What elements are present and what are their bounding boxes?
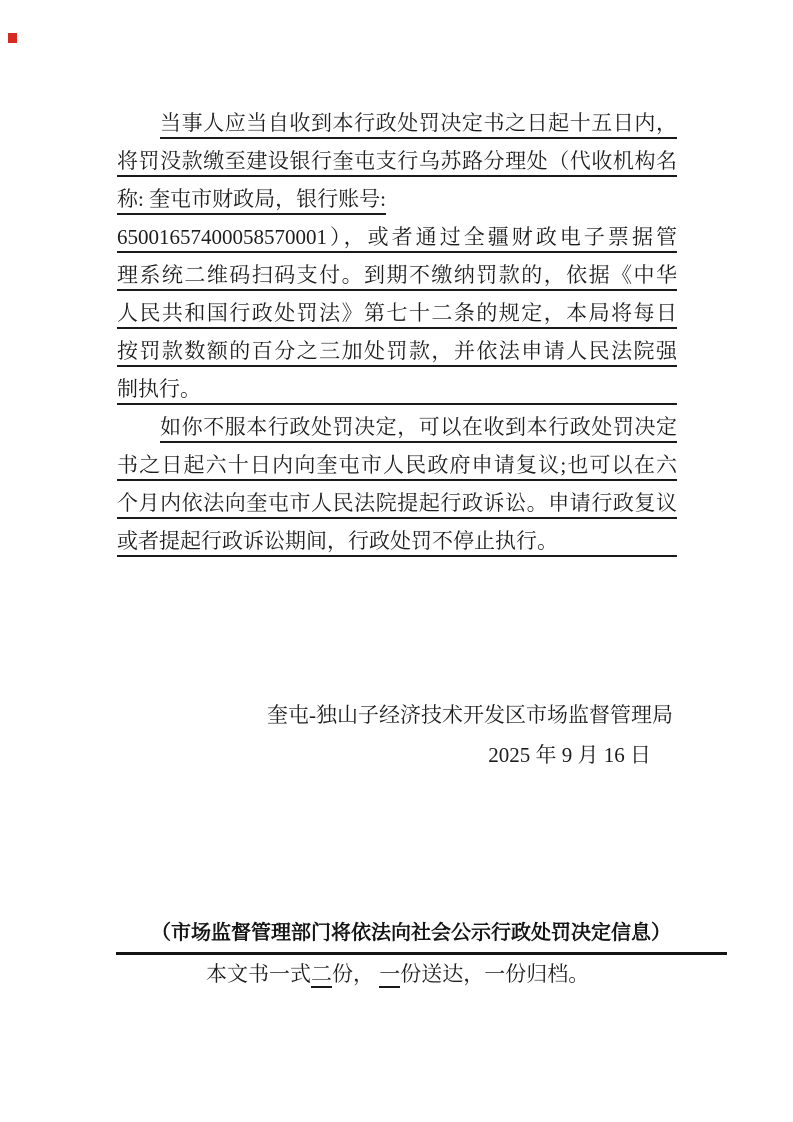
footer-divider bbox=[116, 952, 727, 955]
document-line: 人民共和国行政处罚法》第七十二条的规定，本局将每日 bbox=[117, 300, 677, 338]
document-line: 按罚款数额的百分之三加处罚款，并依法申请人民法院强 bbox=[117, 338, 677, 376]
decision-date: 2025 年 9 月 16 日 bbox=[117, 741, 677, 770]
document-line: 65001657400058570001），或者通过全疆财政电子票据管 bbox=[117, 224, 677, 262]
document-line: 理系统二维码扫码支付。到期不缴纳罚款的，依据《中华 bbox=[117, 262, 677, 300]
organization-name: 奎屯-独山子经济技术开发区市场监督管理局 bbox=[117, 701, 677, 730]
copies-statement: 本文书一式二份， 一份送达，一份归档。 bbox=[116, 961, 727, 987]
public-disclosure-notice: （市场监督管理部门将依法向社会公示行政处罚决定信息） bbox=[116, 920, 727, 946]
document-line: 或者提起行政诉讼期间，行政处罚不停止执行。 bbox=[117, 528, 677, 566]
document-line: 将罚没款缴至建设银行奎屯支行乌苏路分理处（代收机构名 bbox=[117, 148, 677, 186]
document-line: 当事人应当自收到本行政处罚决定书之日起十五日内， bbox=[117, 110, 677, 148]
document-line: 个月内依法向奎屯市人民法院提起行政诉讼。申请行政复议 bbox=[117, 490, 677, 528]
document-line: 书之日起六十日内向奎屯市人民政府申请复议;也可以在六 bbox=[117, 452, 677, 490]
filled-blank: 二 bbox=[311, 962, 332, 988]
filled-blank: 一 bbox=[379, 962, 400, 988]
document-page: 当事人应当自收到本行政处罚决定书之日起十五日内，将罚没款缴至建设银行奎屯支行乌苏… bbox=[0, 0, 793, 1122]
document-line: 称: 奎屯市财政局，银行账号: bbox=[117, 186, 677, 224]
copies-segment: 本文书一式 bbox=[206, 962, 311, 986]
document-line: 制执行。 bbox=[117, 376, 677, 414]
paragraph-payment-terms: 当事人应当自收到本行政处罚决定书之日起十五日内，将罚没款缴至建设银行奎屯支行乌苏… bbox=[117, 110, 677, 414]
document-body: 当事人应当自收到本行政处罚决定书之日起十五日内，将罚没款缴至建设银行奎屯支行乌苏… bbox=[117, 110, 677, 566]
red-mark bbox=[8, 33, 17, 43]
document-footer: （市场监督管理部门将依法向社会公示行政处罚决定信息） 本文书一式二份， 一份送达… bbox=[116, 920, 727, 987]
paragraph-appeal-rights: 如你不服本行政处罚决定，可以在收到本行政处罚决定书之日起六十日内向奎屯市人民政府… bbox=[117, 414, 677, 566]
document-line: 如你不服本行政处罚决定，可以在收到本行政处罚决定 bbox=[117, 414, 677, 452]
signature-block: 奎屯-独山子经济技术开发区市场监督管理局 2025 年 9 月 16 日 bbox=[117, 701, 677, 770]
copies-segment: 份， bbox=[332, 962, 379, 986]
copies-segment: 份送达，一份归档。 bbox=[400, 962, 589, 986]
